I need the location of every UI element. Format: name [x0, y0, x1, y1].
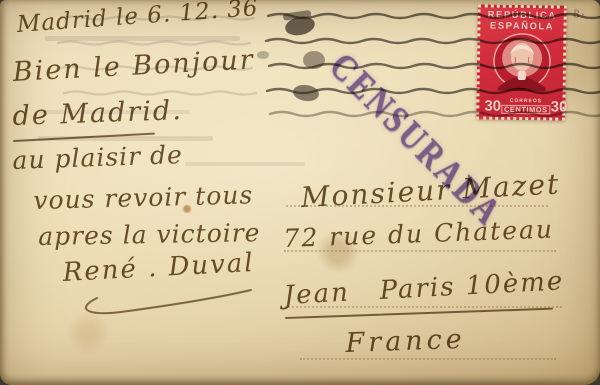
stamp-value-right: 30 — [551, 98, 568, 115]
postage-stamp: REPÚBLICA ESPAÑOLA 30 CORREOS CENTIMOS 3… — [476, 4, 567, 120]
postcard-photo: Madrid le 6. 12. 36 Bien le Bonjour de M… — [0, 0, 600, 385]
ink-underline — [285, 308, 553, 319]
message-line: Bien le Bonjour — [12, 44, 255, 88]
address-city-gap — [350, 299, 380, 301]
signature-flourish — [55, 288, 265, 322]
ink-underline — [13, 133, 155, 142]
address-street: 72 rue du Chateau — [283, 215, 554, 253]
stamp-country-line2: ESPAÑOLA — [490, 21, 554, 32]
message-line: au plaisir de — [12, 140, 183, 175]
address-city-part2: Paris 10ème — [379, 266, 565, 306]
postcard: Madrid le 6. 12. 36 Bien le Bonjour de M… — [0, 0, 600, 385]
address-city-part1: Jean — [283, 278, 351, 311]
portrait-icon — [488, 33, 555, 92]
printed-address-line — [300, 358, 556, 360]
stamp-correos-label: CORREOS — [510, 99, 542, 104]
address-city: JeanParis 10ème — [283, 266, 565, 311]
stamp-value-left: 30 — [484, 97, 501, 114]
message-line: vous revoir tous — [33, 180, 254, 215]
postmark-fragment: 8· — [572, 7, 587, 21]
signature: René . Duval — [62, 248, 255, 288]
message-line: de Madrid. — [12, 95, 183, 132]
address-country: France — [345, 324, 466, 359]
message-line: apres la victoire — [38, 218, 261, 251]
stamp-centimos-label: CENTIMOS — [501, 104, 551, 114]
message-date-line: Madrid le 6. 12. 36 — [16, 0, 259, 38]
